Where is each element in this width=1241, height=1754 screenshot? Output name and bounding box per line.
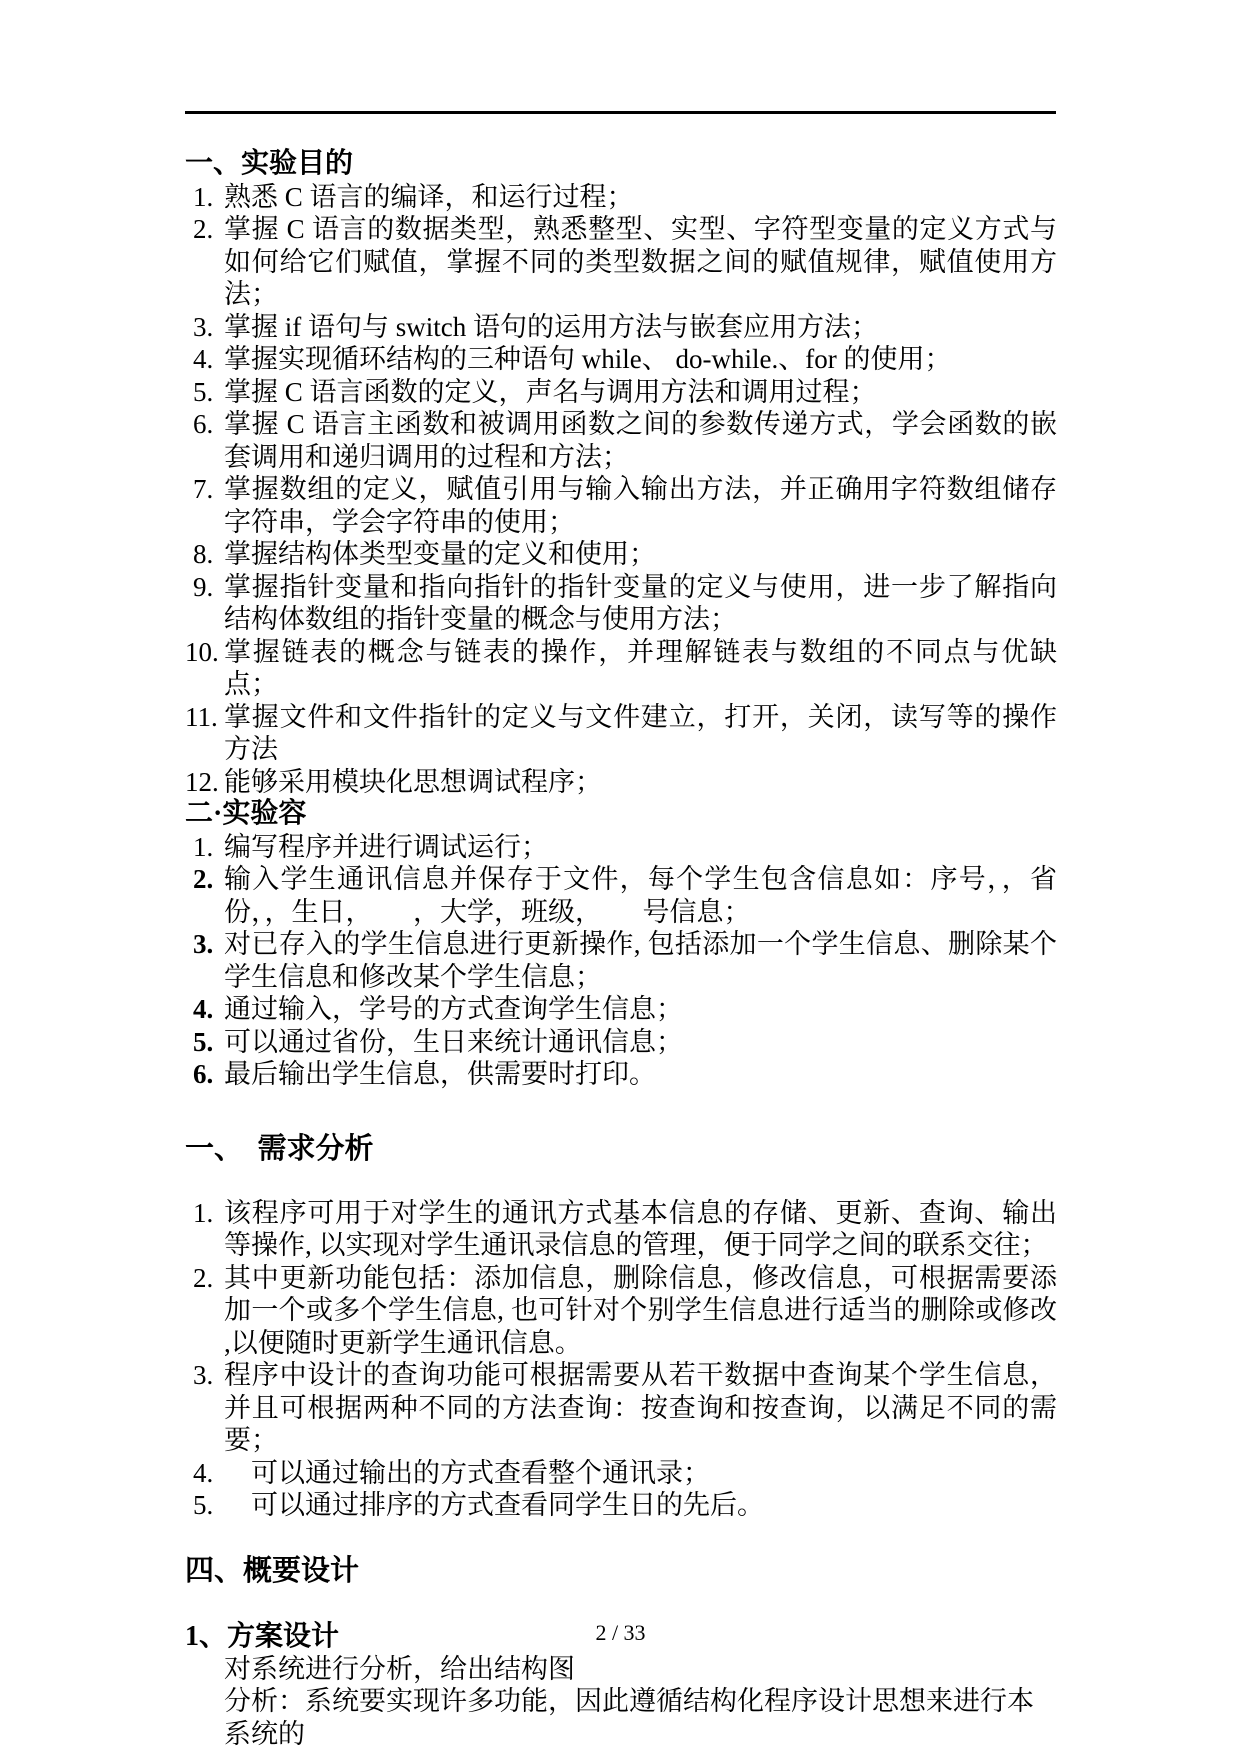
- list-item: 3.对已存入的学生信息进行更新操作, 包括添加一个学生信息、删除某个学生信息和修…: [185, 928, 1057, 993]
- list-item: 5.可以通过省份，生日来统计通讯信息；: [185, 1026, 1057, 1059]
- section-heading-experiment-content: 二·实验容: [185, 798, 1057, 831]
- list-item: 3.程序中设计的查询功能可根据需要从若干数据中查询某个学生信息，并且可根据两种不…: [185, 1359, 1057, 1457]
- item-text: 能够采用模块化思想调试程序；: [224, 766, 1057, 799]
- item-text: 可以通过排序的方式查看同学生日的先后。: [224, 1489, 1057, 1522]
- item-number: 10.: [185, 636, 224, 701]
- item-number: 3.: [193, 1359, 224, 1457]
- list-item: 7.掌握数组的定义，赋值引用与输入输出方法，并正确用字符数组储存字符串，学会字符…: [185, 473, 1057, 538]
- header-rule: [185, 111, 1056, 114]
- list-item: 2.输入学生通讯信息并保存于文件，每个学生包含信息如：序号，，省份，，生日， ，…: [185, 863, 1057, 928]
- item-text: 掌握 C 语言的数据类型，熟悉整型、实型、字符型变量的定义方式与如何给它们赋值，…: [224, 213, 1057, 311]
- list-item: 8.掌握结构体类型变量的定义和使用；: [185, 538, 1057, 571]
- item-number: 7.: [193, 473, 224, 538]
- item-number: 9.: [193, 571, 224, 636]
- section-requirements-analysis: 一、 需求分析1.该程序可用于对学生的通讯方式基本信息的存储、更新、查询、输出等…: [185, 1133, 1057, 1522]
- item-number: 1.: [193, 831, 224, 864]
- item-text: 掌握链表的概念与链表的操作，并理解链表与数组的不同点与优缺点；: [224, 636, 1057, 701]
- item-text: 对已存入的学生信息进行更新操作, 包括添加一个学生信息、删除某个学生信息和修改某…: [224, 928, 1057, 993]
- item-text: 其中更新功能包括：添加信息，删除信息，修改信息，可根据需要添加一个或多个学生信息…: [224, 1262, 1057, 1360]
- item-number: 4.: [193, 343, 224, 376]
- item-text: 掌握 C 语言主函数和被调用函数之间的参数传递方式，学会函数的嵌套调用和递归调用…: [224, 408, 1057, 473]
- item-number: 1.: [193, 181, 224, 214]
- item-number: 8.: [193, 538, 224, 571]
- item-text: 熟悉 C 语言的编译，和运行过程；: [224, 181, 1057, 214]
- item-text: 掌握 C 语言函数的定义，声名与调用方法和调用过程；: [224, 376, 1057, 409]
- list-item: 10.掌握链表的概念与链表的操作，并理解链表与数组的不同点与优缺点；: [185, 636, 1057, 701]
- list-item: 4.通过输入，学号的方式查询学生信息；: [185, 993, 1057, 1026]
- item-number: 4.: [193, 993, 224, 1026]
- list-item: 5.掌握 C 语言函数的定义，声名与调用方法和调用过程；: [185, 376, 1057, 409]
- section-heading-requirements-analysis: 一、 需求分析: [185, 1133, 1057, 1166]
- paragraph: 对系统进行分析，给出结构图: [185, 1653, 1057, 1686]
- document-page: 一、实验目的1.熟悉 C 语言的编译，和运行过程；2.掌握 C 语言的数据类型，…: [0, 0, 1241, 1754]
- section-experiment-purpose: 一、实验目的1.熟悉 C 语言的编译，和运行过程；2.掌握 C 语言的数据类型，…: [185, 148, 1057, 798]
- list-item: 1.该程序可用于对学生的通讯方式基本信息的存储、更新、查询、输出等操作, 以实现…: [185, 1197, 1057, 1262]
- list-item: 6.掌握 C 语言主函数和被调用函数之间的参数传递方式，学会函数的嵌套调用和递归…: [185, 408, 1057, 473]
- list-item: 3.掌握 if 语句与 switch 语句的运用方法与嵌套应用方法；: [185, 311, 1057, 344]
- section-outline-design: 四、概要设计: [185, 1555, 1057, 1588]
- document-content: 一、实验目的1.熟悉 C 语言的编译，和运行过程；2.掌握 C 语言的数据类型，…: [185, 148, 1057, 1750]
- list-item: 6.最后输出学生信息，供需要时打印。: [185, 1058, 1057, 1091]
- section-experiment-content: 二·实验容1.编写程序并进行调试运行；2.输入学生通讯信息并保存于文件，每个学生…: [185, 798, 1057, 1091]
- item-text: 该程序可用于对学生的通讯方式基本信息的存储、更新、查询、输出等操作, 以实现对学…: [224, 1197, 1057, 1262]
- item-text: 掌握 if 语句与 switch 语句的运用方法与嵌套应用方法；: [224, 311, 1057, 344]
- item-text: 最后输出学生信息，供需要时打印。: [224, 1058, 1057, 1091]
- item-number: 1.: [193, 1197, 224, 1262]
- item-number: 6.: [193, 408, 224, 473]
- item-number: 2.: [193, 213, 224, 311]
- numbered-list: 1.该程序可用于对学生的通讯方式基本信息的存储、更新、查询、输出等操作, 以实现…: [185, 1197, 1057, 1522]
- list-item: 5. 可以通过排序的方式查看同学生日的先后。: [185, 1489, 1057, 1522]
- list-item: 1.编写程序并进行调试运行；: [185, 831, 1057, 864]
- item-number: 2.: [193, 863, 224, 928]
- numbered-list: 1.编写程序并进行调试运行；2.输入学生通讯信息并保存于文件，每个学生包含信息如…: [185, 831, 1057, 1091]
- section-heading-experiment-purpose: 一、实验目的: [185, 148, 1057, 181]
- page-number: 2 / 33: [0, 1620, 1241, 1646]
- item-text: 掌握结构体类型变量的定义和使用；: [224, 538, 1057, 571]
- list-item: 12.能够采用模块化思想调试程序；: [185, 766, 1057, 799]
- item-number: 11.: [185, 701, 224, 766]
- item-number: 2.: [193, 1262, 224, 1360]
- item-number: 5.: [193, 1489, 224, 1522]
- list-item: 4.掌握实现循环结构的三种语句 while、 do-while.、for 的使用…: [185, 343, 1057, 376]
- paragraph: 分析：系统要实现许多功能，因此遵循结构化程序设计思想来进行本系统的: [185, 1685, 1057, 1750]
- numbered-list: 1.熟悉 C 语言的编译，和运行过程；2.掌握 C 语言的数据类型，熟悉整型、实…: [185, 181, 1057, 799]
- item-number: 5.: [193, 376, 224, 409]
- item-number: 12.: [185, 766, 224, 799]
- list-item: 9.掌握指针变量和指向指针的指针变量的定义与使用，进一步了解指向结构体数组的指针…: [185, 571, 1057, 636]
- item-text: 可以通过省份，生日来统计通讯信息；: [224, 1026, 1057, 1059]
- list-item: 4. 可以通过输出的方式查看整个通讯录；: [185, 1457, 1057, 1490]
- item-text: 掌握数组的定义，赋值引用与输入输出方法，并正确用字符数组储存字符串，学会字符串的…: [224, 473, 1057, 538]
- list-item: 2.其中更新功能包括：添加信息，删除信息，修改信息，可根据需要添加一个或多个学生…: [185, 1262, 1057, 1360]
- item-text: 可以通过输出的方式查看整个通讯录；: [224, 1457, 1057, 1490]
- item-text: 掌握实现循环结构的三种语句 while、 do-while.、for 的使用；: [224, 343, 1057, 376]
- item-text: 掌握文件和文件指针的定义与文件建立，打开，关闭，读写等的操作方法: [224, 701, 1057, 766]
- item-text: 掌握指针变量和指向指针的指针变量的定义与使用，进一步了解指向结构体数组的指针变量…: [224, 571, 1057, 636]
- item-number: 6.: [193, 1058, 224, 1091]
- item-text: 通过输入，学号的方式查询学生信息；: [224, 993, 1057, 1026]
- item-text: 编写程序并进行调试运行；: [224, 831, 1057, 864]
- section-heading-outline-design: 四、概要设计: [185, 1555, 1057, 1588]
- list-item: 1.熟悉 C 语言的编译，和运行过程；: [185, 181, 1057, 214]
- item-number: 3.: [193, 928, 224, 993]
- item-text: 输入学生通讯信息并保存于文件，每个学生包含信息如：序号，，省份，，生日， ，大学…: [224, 863, 1057, 928]
- item-text: 程序中设计的查询功能可根据需要从若干数据中查询某个学生信息，并且可根据两种不同的…: [224, 1359, 1057, 1457]
- list-item: 2.掌握 C 语言的数据类型，熟悉整型、实型、字符型变量的定义方式与如何给它们赋…: [185, 213, 1057, 311]
- item-number: 3.: [193, 311, 224, 344]
- item-number: 5.: [193, 1026, 224, 1059]
- list-item: 11.掌握文件和文件指针的定义与文件建立，打开，关闭，读写等的操作方法: [185, 701, 1057, 766]
- item-number: 4.: [193, 1457, 224, 1490]
